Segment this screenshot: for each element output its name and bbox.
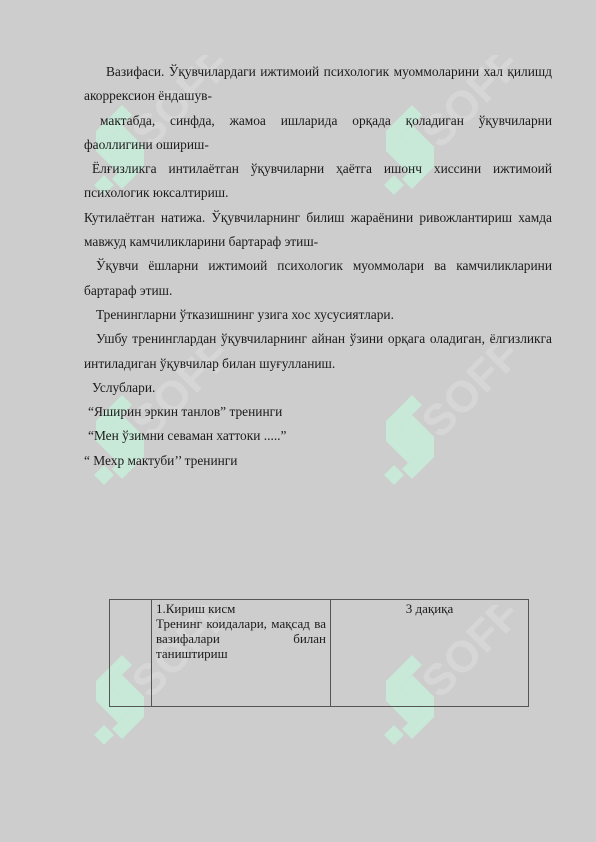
paragraph-loneliness: Ёлғизликга интилаётган ўқувчиларни ҳаётг… — [84, 157, 552, 206]
activity-title: 1.Кириш кисм — [156, 601, 326, 616]
paragraph-features: Тренингларни ўтказишнинг узига хос хусус… — [84, 303, 552, 327]
method-item: “Яширин эркин танлов” тренинги — [84, 400, 552, 424]
activity-description: Тренинг коидалари, мақсад ва вазифалари … — [156, 616, 326, 661]
document-body: Вазифаси. Ўқувчилардаги ижтимоий психоло… — [84, 60, 552, 473]
paragraph-tasks: Вазифаси. Ўқувчилардаги ижтимоий психоло… — [84, 60, 552, 109]
duration-cell: 3 дақиқа — [331, 600, 529, 707]
table-row: 1.Кириш кисм Тренинг коидалари, мақсад в… — [110, 600, 529, 707]
paragraph-youth: Ўқувчи ёшларни ижтимоий психологик муомм… — [84, 254, 552, 303]
paragraph-methods: Услублари. — [84, 376, 552, 400]
training-plan-table: 1.Кириш кисм Тренинг коидалари, мақсад в… — [109, 599, 529, 707]
activity-cell: 1.Кириш кисм Тренинг коидалари, мақсад в… — [152, 600, 331, 707]
paragraph-training-usage: Ушбу тренинглардан ўқувчиларнинг айнан ў… — [84, 327, 552, 376]
method-item: “ Мехр мактуби’’ тренинги — [84, 449, 552, 473]
paragraph-expected-result: Кутилаётган натижа. Ўқувчиларнинг билиш … — [84, 206, 552, 255]
row-number-cell — [110, 600, 152, 707]
paragraph-school: мактабда, синфда, жамоа ишларида орқада … — [84, 109, 552, 158]
method-item: “Мен ўзимни севаман хаттоки .....” — [84, 424, 552, 448]
